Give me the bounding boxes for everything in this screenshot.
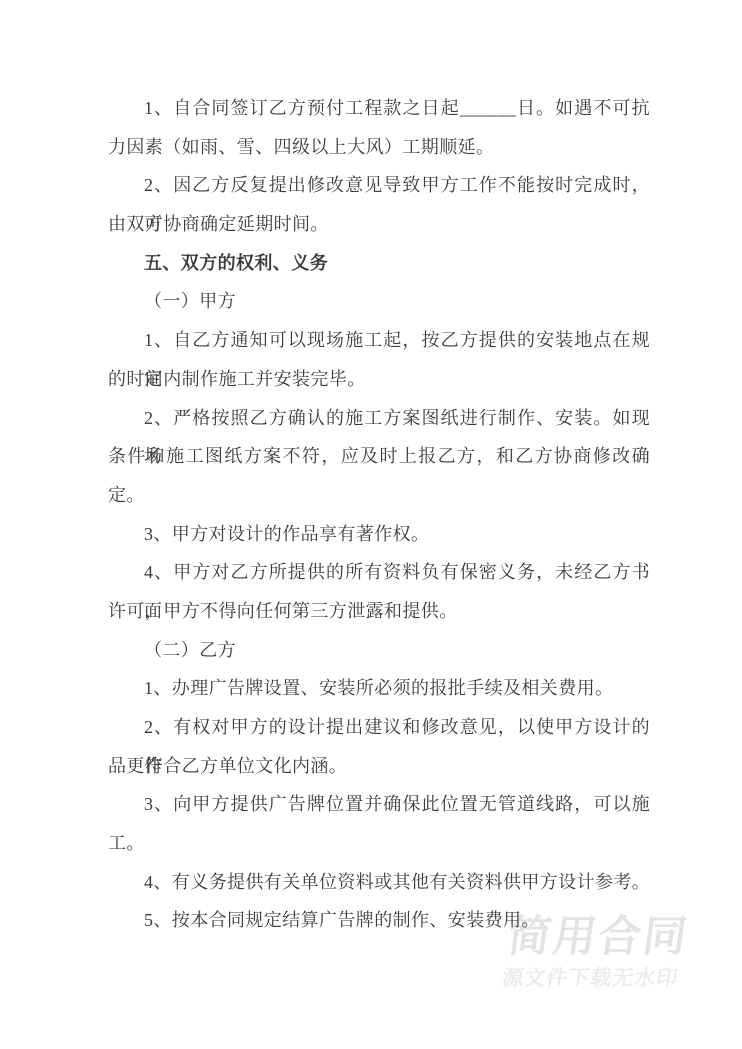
document-line: 4、有义务提供有关单位资料或其他有关资料供甲方设计参考。 [108, 863, 650, 902]
document-line: 4、甲方对乙方所提供的所有资料负有保密义务，未经乙方书面 [108, 553, 650, 592]
document-line: 品更符合乙方单位文化内涵。 [108, 747, 650, 786]
document-line: 1、自合同签订乙方预付工程款之日起______日。如遇不可抗 [108, 89, 650, 128]
document-line: 1、办理广告牌设置、安装所必须的报批手续及相关费用。 [108, 669, 650, 708]
document-line: 3、甲方对设计的作品享有著作权。 [108, 515, 650, 554]
document-line: 定。 [108, 476, 650, 515]
watermark-subtitle: 源文件下载无水印 [501, 968, 684, 989]
document-line: 1、自乙方通知可以现场施工起，按乙方提供的安装地点在规定 [108, 321, 650, 360]
document-line: 3、向甲方提供广告牌位置并确保此位置无管道线路，可以施 [108, 785, 650, 824]
contract-page: 简用合同 源文件下载无水印 1、自合同签订乙方预付工程款之日起______日。如… [0, 0, 742, 1049]
subsection-heading: （二）乙方 [108, 631, 650, 670]
document-line: 2、有权对甲方的设计提出建议和修改意见，以使甲方设计的作 [108, 708, 650, 747]
document-line: 条件和施工图纸方案不符，应及时上报乙方，和乙方协商修改确 [108, 437, 650, 476]
document-line: 工。 [108, 824, 650, 863]
subsection-heading: （一）甲方 [108, 282, 650, 321]
document-line: 的时间内制作施工并安装完毕。 [108, 360, 650, 399]
document-line: 力因素（如雨、雪、四级以上大风）工期顺延。 [108, 128, 650, 167]
document-line: 由双方协商确定延期时间。 [108, 205, 650, 244]
document-line: 许可，甲方不得向任何第三方泄露和提供。 [108, 592, 650, 631]
section-heading: 五、双方的权利、义务 [108, 244, 650, 283]
contract-body: 1、自合同签订乙方预付工程款之日起______日。如遇不可抗 力因素（如雨、雪、… [108, 89, 650, 940]
document-line: 2、因乙方反复提出修改意见导致甲方工作不能按时完成时，可 [108, 166, 650, 205]
document-line: 5、按本合同规定结算广告牌的制作、安装费用。 [108, 901, 650, 940]
document-line: 2、严格按照乙方确认的施工方案图纸进行制作、安装。如现场 [108, 399, 650, 438]
